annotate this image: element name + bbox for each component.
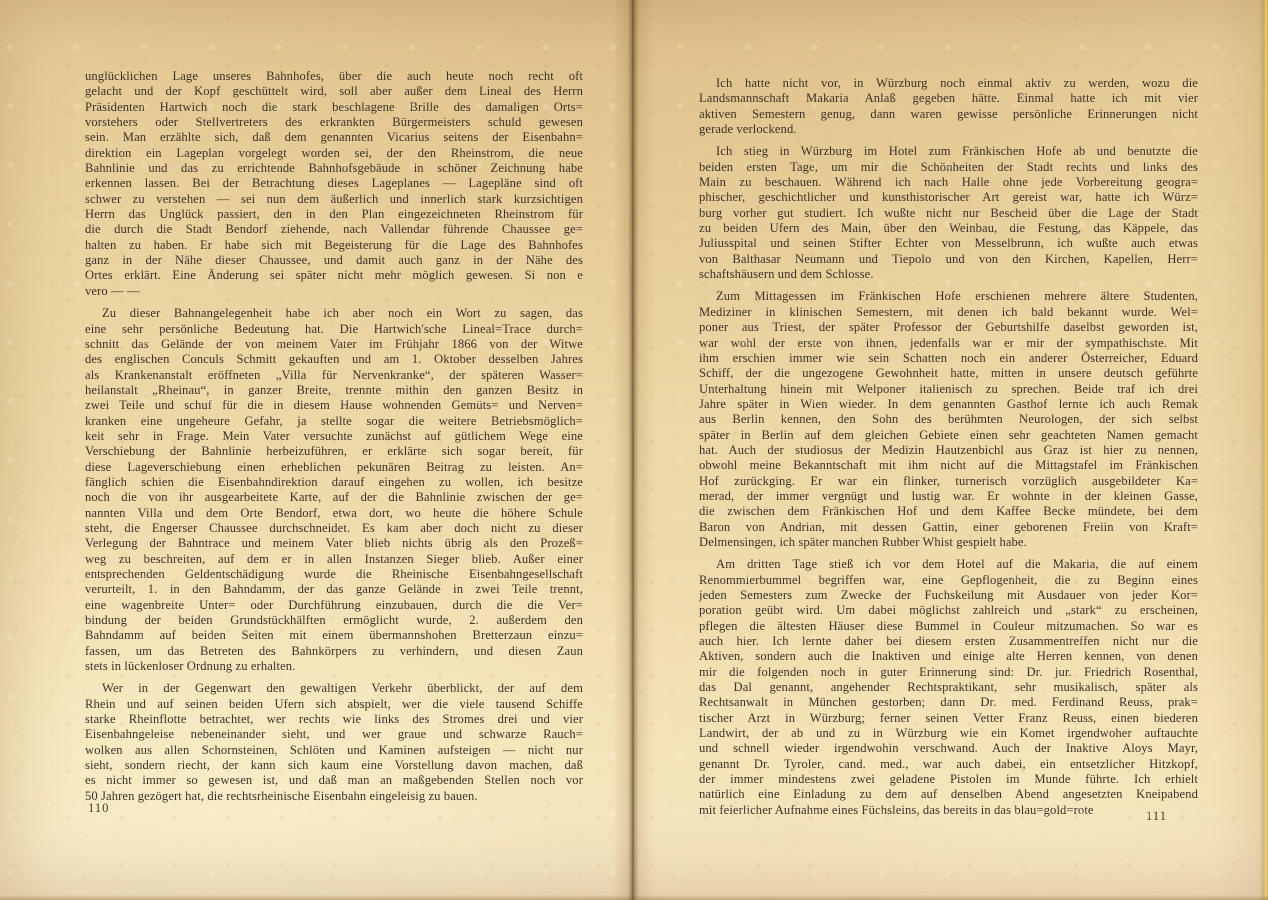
text-line: verurteilt, 1. in den Bahndamm, der das … bbox=[85, 582, 583, 597]
text-line: Präsidenten Hartwich noch die stark besc… bbox=[85, 100, 583, 115]
text-line: aus Berlin kennen, den Sohn des berühmte… bbox=[699, 412, 1198, 427]
text-line: Main zu beschauen. Während ich nach Hall… bbox=[699, 175, 1198, 190]
text-line: Renommierbummel begriffen war, eine Gepf… bbox=[699, 573, 1198, 588]
text-line: Eisenbahngeleise nebeneinander sieht, un… bbox=[85, 727, 583, 742]
text-line: phischer, geschichtlicher und kunsthisto… bbox=[699, 190, 1198, 205]
text-line: hat. Auch der studiosus der Medizin Haut… bbox=[699, 443, 1198, 458]
text-line: erkennen lassen. Bei der Betrachtung die… bbox=[85, 176, 583, 191]
text-line: Wer in der Gegenwart den gewaltigen Verk… bbox=[85, 681, 583, 696]
text-line: eine sehr persönliche Bedeutung hat. Die… bbox=[85, 322, 583, 337]
text-line: Mediziner in klinischen Semestern, mit d… bbox=[699, 305, 1198, 320]
text-line: direktion ein Lageplan vorgelegt worden … bbox=[85, 146, 583, 161]
text-line: unglücklichen Lage unseres Bahnhofes, üb… bbox=[85, 69, 583, 84]
text-line: schwer zu verstehen — sei nun dem äußerl… bbox=[85, 192, 583, 207]
text-line: Unterhaltung hinein mit Welponer italien… bbox=[699, 382, 1198, 397]
text-line: eine wagenbreite Unter= oder Durchführun… bbox=[85, 598, 583, 613]
text-line: die durch die Stadt Bendorf ziehende, na… bbox=[85, 222, 583, 237]
text-line: Zu dieser Bahnangelegenheit habe ich abe… bbox=[85, 306, 583, 321]
text-line: sieht, sondern riecht, der kann sich kau… bbox=[85, 758, 583, 773]
text-line: weg zu beschreiten, auf dem er in allen … bbox=[85, 552, 583, 567]
text-line: das Dal genannt, angehender Rechtsprakti… bbox=[699, 680, 1198, 695]
text-line: Ich hatte nicht vor, in Würzburg noch ei… bbox=[699, 76, 1198, 91]
text-line: gelacht und der Kopf geschüttelt wird, s… bbox=[85, 84, 583, 99]
text-line: burg vorher gut studiert. Ich wußte nich… bbox=[699, 206, 1198, 221]
book-scan: unglücklichen Lage unseres Bahnhofes, üb… bbox=[0, 0, 1268, 900]
text-line: Zum Mittagessen im Fränkischen Hofe ersc… bbox=[699, 289, 1198, 304]
paragraph: Am dritten Tage stieß ich vor dem Hotel … bbox=[699, 557, 1198, 818]
text-line: Ortes erklärt. Eine Änderung sei später … bbox=[85, 268, 583, 283]
text-line: halten zu haben. Er habe sich mit Begeis… bbox=[85, 238, 583, 253]
text-line: Rhein und auf seinen beiden Ufern sich a… bbox=[85, 697, 583, 712]
scan-bottom-edge bbox=[0, 895, 1268, 900]
text-line: des englischen Conculs Schmitt gekauften… bbox=[85, 352, 583, 367]
text-line: zwei Teile und schuf für die in diesem H… bbox=[85, 398, 583, 413]
text-line: 50 Jahren gezögert hat, die rechtsrheini… bbox=[85, 789, 583, 804]
text-line: Juliusspital und seinen Stifter Echter v… bbox=[699, 236, 1198, 251]
right-page: Ich hatte nicht vor, in Würzburg noch ei… bbox=[699, 76, 1198, 818]
text-line: Delmensingen, ich später manchen Rubber … bbox=[699, 535, 1198, 550]
text-line: Schiff, der die ungezogene Gewohnheit ha… bbox=[699, 366, 1198, 381]
page-number-left: 110 bbox=[88, 801, 109, 816]
text-line: Am dritten Tage stieß ich vor dem Hotel … bbox=[699, 557, 1198, 572]
text-line: als Krankenanstalt eröffneten „Villa für… bbox=[85, 368, 583, 383]
paragraph: Wer in der Gegenwart den gewaltigen Verk… bbox=[85, 681, 583, 804]
text-line: die zwischen dem Fränkischen Hof und dem… bbox=[699, 504, 1198, 519]
text-line: sein. Man erzählte sich, daß dem genannt… bbox=[85, 130, 583, 145]
text-line: später in Berlin auf dem gleichen Gebiet… bbox=[699, 428, 1198, 443]
text-line: Ich stieg in Würzburg im Hotel zum Fränk… bbox=[699, 144, 1198, 159]
text-line: wolken aus allen Schornsteinen, Schlöten… bbox=[85, 743, 583, 758]
text-line: schaftshäusern und dem Schlosse. bbox=[699, 267, 1198, 282]
text-line: Jahre später in Wien wieder. In dem gena… bbox=[699, 397, 1198, 412]
text-line: nannten Villa und dem Orte Bendorf, etwa… bbox=[85, 506, 583, 521]
page-fold-shadow bbox=[612, 0, 654, 900]
text-line: der immer mindestens zwei geladene Pisto… bbox=[699, 772, 1198, 787]
text-line: obwohl meine Bekanntschaft mit ihm nicht… bbox=[699, 458, 1198, 473]
text-line: Herrn das Unglück passiert, den in den P… bbox=[85, 207, 583, 222]
text-line: Verlegung der Bahntrace und meinem Vater… bbox=[85, 536, 583, 551]
text-line: Aktiven, sondern auch die Inaktiven und … bbox=[699, 649, 1198, 664]
text-line: Verschiebung der Bahnlinie herbeizuführe… bbox=[85, 444, 583, 459]
text-line: entsprechenden Geldentschädigung wurde d… bbox=[85, 567, 583, 582]
text-line: von Balthasar Neumann und Tiepolo und vo… bbox=[699, 252, 1198, 267]
paragraph: Ich hatte nicht vor, in Würzburg noch ei… bbox=[699, 76, 1198, 137]
text-line: natürlich eine Einladung zu dem auf dens… bbox=[699, 787, 1198, 802]
text-line: aktiven Semestern genug, dann waren gewi… bbox=[699, 107, 1198, 122]
text-line: heilanstalt „Rheinau“, in ganzer Breite,… bbox=[85, 383, 583, 398]
text-line: und schnell wieder irgendwohin verschwan… bbox=[699, 741, 1198, 756]
text-line: Baron von Andrian, mit dessen Gattin, ei… bbox=[699, 520, 1198, 535]
text-line: ihm erschien immer wie sein Schatten noc… bbox=[699, 351, 1198, 366]
text-line: Hof zurückging. Er war ein flinker, turn… bbox=[699, 474, 1198, 489]
text-line: starke Rheinflotte betrachtet, wer recht… bbox=[85, 712, 583, 727]
paragraph: unglücklichen Lage unseres Bahnhofes, üb… bbox=[85, 69, 583, 299]
text-line: schnitt das Gelände der von meinem Vater… bbox=[85, 337, 583, 352]
text-line: vero — — bbox=[85, 284, 583, 299]
text-line: tischer Arzt in Würzburg; ferner seinen … bbox=[699, 711, 1198, 726]
text-line: poner aus Triest, der später Professor d… bbox=[699, 320, 1198, 335]
text-line: Landsmannschaft Makaria Anlaß gegeben hä… bbox=[699, 91, 1198, 106]
paragraph: Ich stieg in Würzburg im Hotel zum Fränk… bbox=[699, 144, 1198, 282]
text-line: kranken eine ungeheure Gefahr, ja stellt… bbox=[85, 414, 583, 429]
text-line: fassen, um das Betreten des Bahnkörpers … bbox=[85, 644, 583, 659]
text-line: bindung der beiden Grundstückhälften erm… bbox=[85, 613, 583, 628]
text-line: noch die von ihr ausgearbeitete Karte, a… bbox=[85, 490, 583, 505]
text-line: war wohl der erste von ihnen, jedenfalls… bbox=[699, 336, 1198, 351]
page-number-right: 111 bbox=[1105, 809, 1167, 824]
text-line: mir die folgenden noch in guter Erinneru… bbox=[699, 665, 1198, 680]
text-line: Landwirt, der ab und zu in Würzburg wie … bbox=[699, 726, 1198, 741]
text-line: poration geübt wird. Um dabei möglichst … bbox=[699, 603, 1198, 618]
text-line: auch hier. Ich lernte daher bei diesem e… bbox=[699, 634, 1198, 649]
text-line: Bahnlinie und das zu errichtende Bahnhof… bbox=[85, 161, 583, 176]
text-line: keit sehr in Frage. Mein Vater versuchte… bbox=[85, 429, 583, 444]
text-line: zu beiden Ufern des Main, über den Weinb… bbox=[699, 221, 1198, 236]
paragraph: Zu dieser Bahnangelegenheit habe ich abe… bbox=[85, 306, 583, 674]
left-page: unglücklichen Lage unseres Bahnhofes, üb… bbox=[85, 69, 583, 804]
text-line: diese Lageverschiebung einen erheblichen… bbox=[85, 460, 583, 475]
text-line: Bahndamm auf beiden Seiten mit einem übe… bbox=[85, 628, 583, 643]
text-line: Rechtsanwalt in München gestorben; dann … bbox=[699, 695, 1198, 710]
paragraph: Zum Mittagessen im Fränkischen Hofe ersc… bbox=[699, 289, 1198, 550]
text-line: fänglich schien die Eisenbahndirektion d… bbox=[85, 475, 583, 490]
text-line: steht, die Engerser Chaussee durchschnei… bbox=[85, 521, 583, 536]
text-line: beiden ersten Tage, um mir die Schönheit… bbox=[699, 160, 1198, 175]
scan-right-edge bbox=[1259, 0, 1268, 900]
text-line: merad, der immer vergnügt und lustig war… bbox=[699, 489, 1198, 504]
text-line: stets in lückenloser Ordnung zu erhalten… bbox=[85, 659, 583, 674]
text-line: genannt Dr. Tyroler, cand. med., war auc… bbox=[699, 757, 1198, 772]
text-line: gerade verlockend. bbox=[699, 122, 1198, 137]
text-line: jeden Semesters zum Zwecke der Fuchskeil… bbox=[699, 588, 1198, 603]
text-line: vorstehers oder Stellvertreters des erkr… bbox=[85, 115, 583, 130]
text-line: es nicht immer so gewesen ist, und daß m… bbox=[85, 773, 583, 788]
text-line: ganz in der Nähe dieser Chaussee, und da… bbox=[85, 253, 583, 268]
text-line: pflegen die ältesten Häuser diese Bummel… bbox=[699, 619, 1198, 634]
